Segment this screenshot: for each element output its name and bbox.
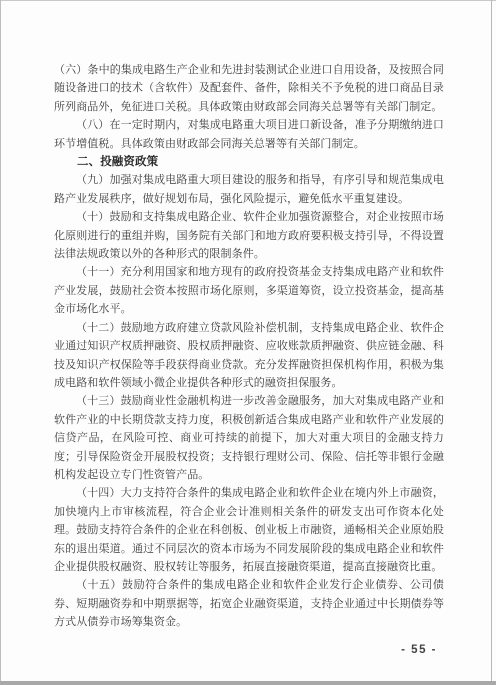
page-edge-top bbox=[0, 0, 496, 1]
section-heading-investment-financing: 二、投融资政策 bbox=[54, 153, 444, 171]
paragraph-item-14: （十四）大力支持符合条件的集成电路企业和软件企业在境内外上市融资，加快境内上市审… bbox=[54, 484, 444, 576]
paragraph-item-10: （十）鼓励和支持集成电路企业、软件企业加强资源整合，对企业按照市场化原则进行的重… bbox=[54, 208, 444, 263]
page-edge-right bbox=[491, 0, 492, 685]
paragraph-item-13: （十三）鼓励商业性金融机构进一步改善金融服务，加大对集成电路产业和软件产业的中长… bbox=[54, 392, 444, 484]
paragraph-item-11: （十一）充分利用国家和地方现有的政府投资基金支持集成电路产业和软件产业发展，鼓励… bbox=[54, 263, 444, 318]
paragraph-item-9: （九）加强对集成电路重大项目建设的服务和指导，有序引导和规范集成电路产业发展秩序… bbox=[54, 171, 444, 208]
document-page: （六）条中的集成电路生产企业和先进封装测试企业进口自用设备，及按照合同随设备进口… bbox=[0, 0, 496, 685]
page-edge-left bbox=[0, 0, 1, 685]
paragraph-item-15: （十五）鼓励符合条件的集成电路企业和软件企业发行企业债券、公司债券、短期融资券和… bbox=[54, 576, 444, 631]
paragraph-item-8: （八）在一定时期内，对集成电路重大项目进口新设备，准予分期缴纳进口环节增值税。具… bbox=[54, 116, 444, 153]
paragraph-item-12: （十二）鼓励地方政府建立贷款风险补偿机制，支持集成电路企业、软件企业通过知识产权… bbox=[54, 319, 444, 393]
text-body: （六）条中的集成电路生产企业和先进封装测试企业进口自用设备，及按照合同随设备进口… bbox=[54, 61, 444, 632]
page-number: - 55 - bbox=[401, 644, 437, 656]
paragraph-item-6-continuation: （六）条中的集成电路生产企业和先进封装测试企业进口自用设备，及按照合同随设备进口… bbox=[54, 61, 444, 116]
page-edge-bottom bbox=[0, 681, 496, 685]
